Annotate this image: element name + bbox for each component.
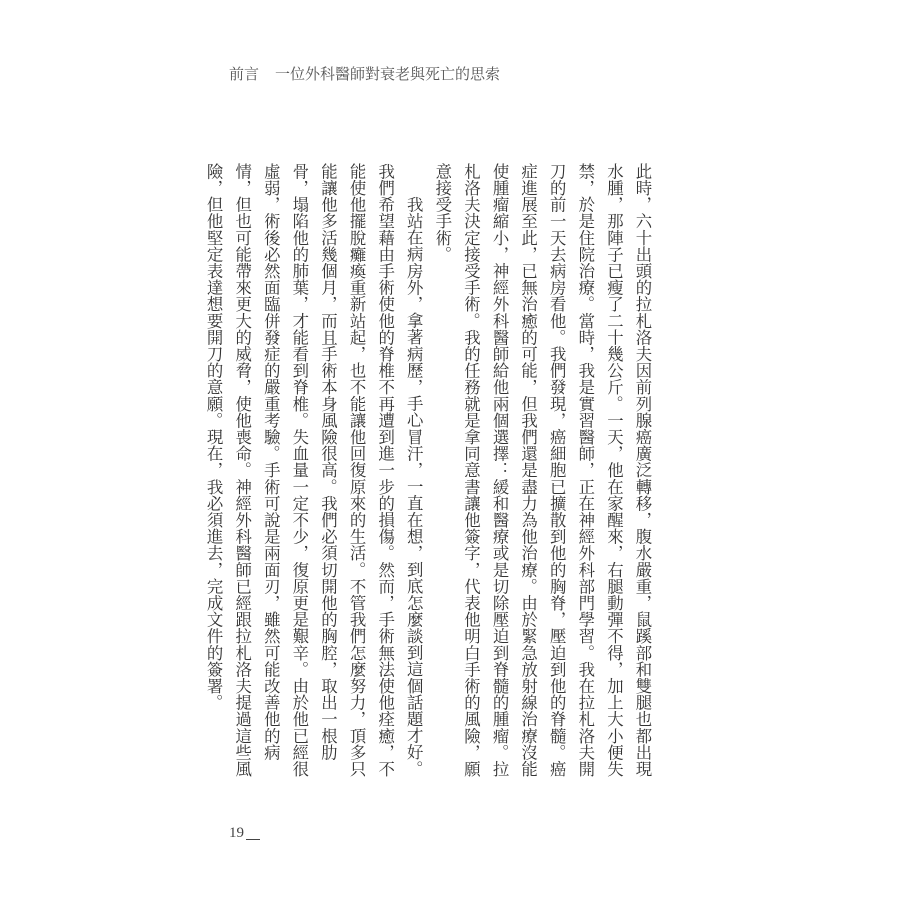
chapter-label: 前言 — [229, 65, 259, 83]
chapter-title: 一位外科醫師對衰老與死亡的思索 — [275, 65, 500, 83]
paragraph: 此時，六十出頭的拉札洛夫因前列腺癌廣泛轉移，腹水嚴重，鼠蹊部和雙腿也都出現水腫，… — [427, 163, 656, 783]
folio-rule — [246, 839, 260, 840]
body-text: 此時，六十出頭的拉札洛夫因前列腺癌廣泛轉移，腹水嚴重，鼠蹊部和雙腿也都出現水腫，… — [199, 163, 657, 783]
paragraph: 我站在病房外，拿著病歷，手心冒汗，一直在想，到底怎麼談到這個話題才好。我們希望藉… — [199, 163, 428, 783]
running-head: 前言一位外科醫師對衰老與死亡的思索 — [229, 63, 500, 84]
page-number-text: 19 — [229, 825, 244, 842]
page-number: 19 — [229, 825, 260, 842]
